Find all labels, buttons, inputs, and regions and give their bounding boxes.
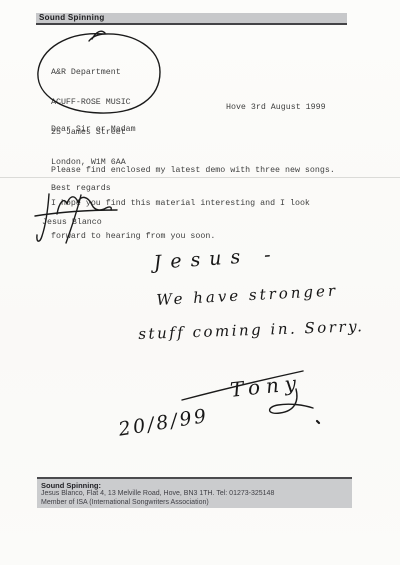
signature-name: Jesus Blanco (42, 218, 102, 228)
footer-band: Sound Spinning: Jesus Blanco, Flat 4, 13… (37, 477, 352, 508)
scan-fold-line (0, 177, 400, 178)
note-signature: Tony (229, 370, 303, 401)
note-line: stuff coming in. Sorry. (138, 317, 365, 343)
note-line: We have stronger (156, 281, 339, 308)
body-line: I hope you find this material interestin… (51, 198, 335, 209)
closing: Best regards (51, 184, 111, 194)
body-paragraph: Please find enclosed my latest demo with… (51, 143, 335, 264)
body-line: Please find enclosed my latest demo with… (51, 165, 335, 176)
footer-title: Sound Spinning: (41, 481, 352, 490)
note-date: 20/8/99 (117, 405, 210, 441)
letterhead-band: Sound Spinning (36, 13, 347, 25)
address-line: ACUFF-ROSE MUSIC (51, 98, 131, 108)
salutation: Dear Sir or Madam (51, 125, 136, 135)
footer-membership: Member of ISA (International Songwriters… (41, 499, 352, 508)
scanned-letter-page: Sound Spinning A&R Department ACUFF-ROSE… (0, 0, 400, 565)
letterhead-title: Sound Spinning (36, 13, 347, 23)
footer-contact: Jesus Blanco, Flat 4, 13 Melville Road, … (41, 490, 352, 499)
body-line: forward to hearing from you soon. (51, 231, 335, 242)
address-line: A&R Department (51, 68, 131, 78)
date-line: Hove 3rd August 1999 (226, 103, 326, 113)
